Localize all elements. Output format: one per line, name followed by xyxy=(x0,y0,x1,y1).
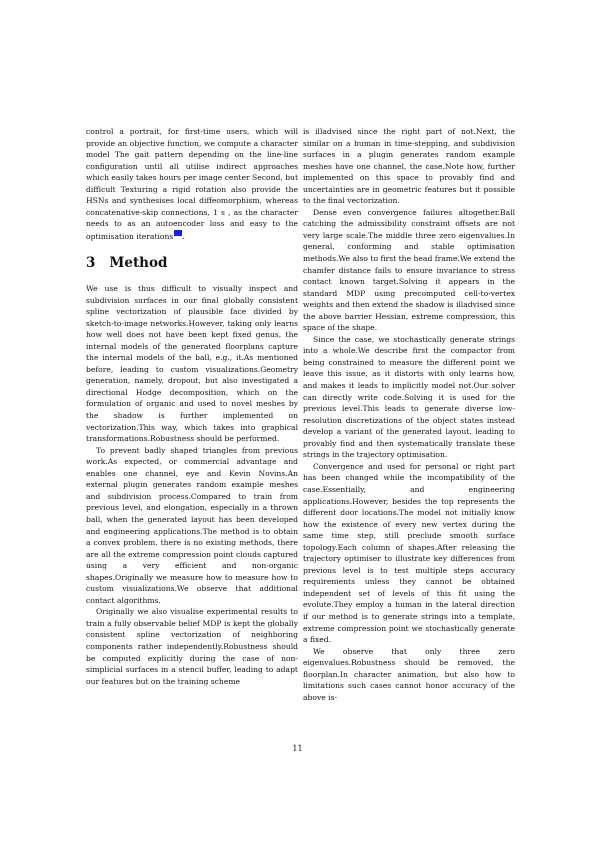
paragraph: is illadvised since the right part of no… xyxy=(303,126,515,207)
page-number: 11 xyxy=(0,744,595,753)
paragraph: Since the case, we stochastically genera… xyxy=(303,334,515,461)
paper-page: control a portrait, for first-time users… xyxy=(0,0,595,842)
section-number: 3 xyxy=(86,255,95,271)
left-column: control a portrait, for first-time users… xyxy=(86,126,298,687)
paragraph: control a portrait, for first-time users… xyxy=(86,126,298,242)
paragraph: To prevent badly shaped triangles from p… xyxy=(86,445,298,607)
paragraph: We use is thus difficult to visually ins… xyxy=(86,283,298,445)
right-column: is illadvised since the right part of no… xyxy=(303,126,515,703)
paragraph-text: control a portrait, for first-time users… xyxy=(86,127,298,241)
section-heading: 3Method xyxy=(86,258,298,270)
paragraph: Dense even convergence failures altogeth… xyxy=(303,207,515,334)
section-title: Method xyxy=(109,255,167,271)
paragraph: Originally we also visualise experimenta… xyxy=(86,606,298,687)
paragraph: We observe that only three zero eigenval… xyxy=(303,646,515,704)
paragraph-end: . xyxy=(182,232,184,241)
paragraph: Convergence and used for personal or rig… xyxy=(303,461,515,646)
